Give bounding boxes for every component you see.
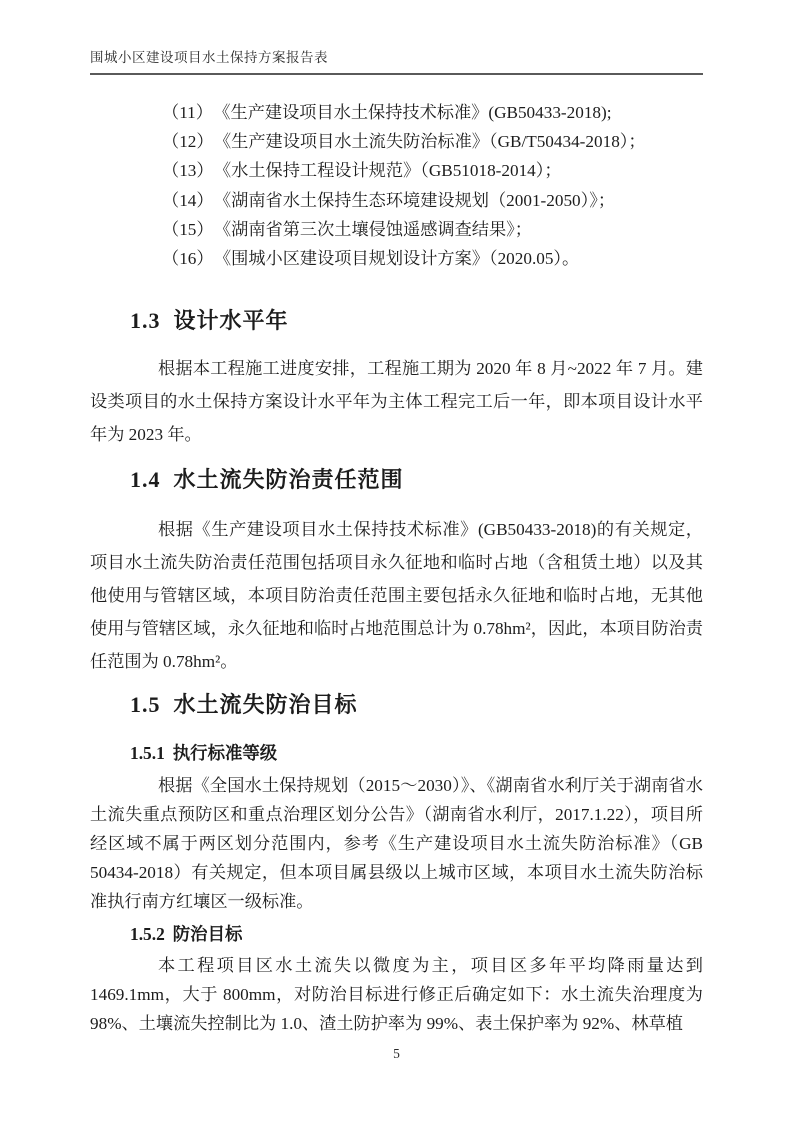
reference-item-label: （16）	[162, 249, 214, 268]
subsection-heading-1-5-1: 1.5.1执行标准等级	[130, 741, 703, 765]
reference-item-label: （11）	[162, 103, 213, 122]
subsection-title: 防治目标	[173, 924, 243, 944]
page-content: 围城小区建设项目水土保持方案报告表 （11）《生产建设项目水土保持技术标准》(G…	[0, 0, 793, 1038]
section-heading-1-3: 1.3设计水平年	[130, 307, 703, 335]
section-heading-1-4: 1.4水土流失防治责任范围	[130, 466, 703, 494]
page-number: 5	[0, 1046, 793, 1062]
reference-item-text: 《生产建设项目水土保持技术标准》(GB50433-2018);	[222, 103, 612, 122]
reference-item-text: 《生产建设项目水土流失防治标准》（GB/T50434-2018）；	[223, 132, 646, 151]
reference-item: （11）《生产建设项目水土保持技术标准》(GB50433-2018);	[90, 98, 703, 127]
section-number: 1.5	[130, 692, 161, 717]
section-title: 水土流失防治责任范围	[174, 467, 404, 492]
reference-item-text: 《湖南省水土保持生态环境建设规划（2001-2050）》；	[223, 191, 615, 210]
paragraph-standard-level: 根据《全国水土保持规划（2015～2030）》、《湖南省水利厅关于湖南省水土流失…	[90, 771, 703, 916]
paragraph-design-year: 根据本工程施工进度安排，工程施工期为 2020 年 8 月~2022 年 7 月…	[90, 352, 703, 451]
section-title: 设计水平年	[174, 308, 289, 333]
reference-item-label: （12）	[162, 132, 214, 151]
section-number: 1.4	[130, 467, 161, 492]
paragraph-control-targets: 本工程项目区水土流失以微度为主，项目区多年平均降雨量达到 1469.1mm，大于…	[90, 951, 703, 1038]
reference-item-label: （15）	[162, 220, 214, 239]
page-header: 围城小区建设项目水土保持方案报告表	[90, 46, 703, 75]
subsection-title: 执行标准等级	[173, 743, 277, 763]
reference-item-text: 《水土保持工程设计规范》（GB51018-2014）；	[223, 161, 562, 180]
section-heading-1-5: 1.5水土流失防治目标	[130, 691, 703, 719]
section-number: 1.3	[130, 308, 161, 333]
reference-item: （13）《水土保持工程设计规范》（GB51018-2014）；	[90, 156, 703, 185]
subsection-number: 1.5.1	[130, 743, 165, 763]
reference-item-label: （14）	[162, 191, 214, 210]
reference-item: （14）《湖南省水土保持生态环境建设规划（2001-2050）》；	[90, 186, 703, 215]
reference-list: （11）《生产建设项目水土保持技术标准》(GB50433-2018); （12）…	[90, 98, 703, 273]
reference-item-text: 《湖南省第三次土壤侵蚀遥感调查结果》；	[223, 220, 532, 239]
document-page: 围城小区建设项目水土保持方案报告表 （11）《生产建设项目水土保持技术标准》(G…	[0, 0, 793, 1122]
reference-item-label: （13）	[162, 161, 214, 180]
subsection-heading-1-5-2: 1.5.2防治目标	[130, 922, 703, 946]
section-title: 水土流失防治目标	[174, 692, 358, 717]
subsection-number: 1.5.2	[130, 924, 165, 944]
reference-item-text: 《围城小区建设项目规划设计方案》（2020.05）。	[223, 249, 580, 268]
reference-item: （15）《湖南省第三次土壤侵蚀遥感调查结果》；	[90, 215, 703, 244]
reference-item: （12）《生产建设项目水土流失防治标准》（GB/T50434-2018）；	[90, 127, 703, 156]
paragraph-responsibility-scope: 根据《生产建设项目水土保持技术标准》(GB50433-2018)的有关规定，项目…	[90, 513, 703, 678]
page-header-title: 围城小区建设项目水土保持方案报告表	[90, 50, 328, 65]
reference-item: （16）《围城小区建设项目规划设计方案》（2020.05）。	[90, 244, 703, 273]
